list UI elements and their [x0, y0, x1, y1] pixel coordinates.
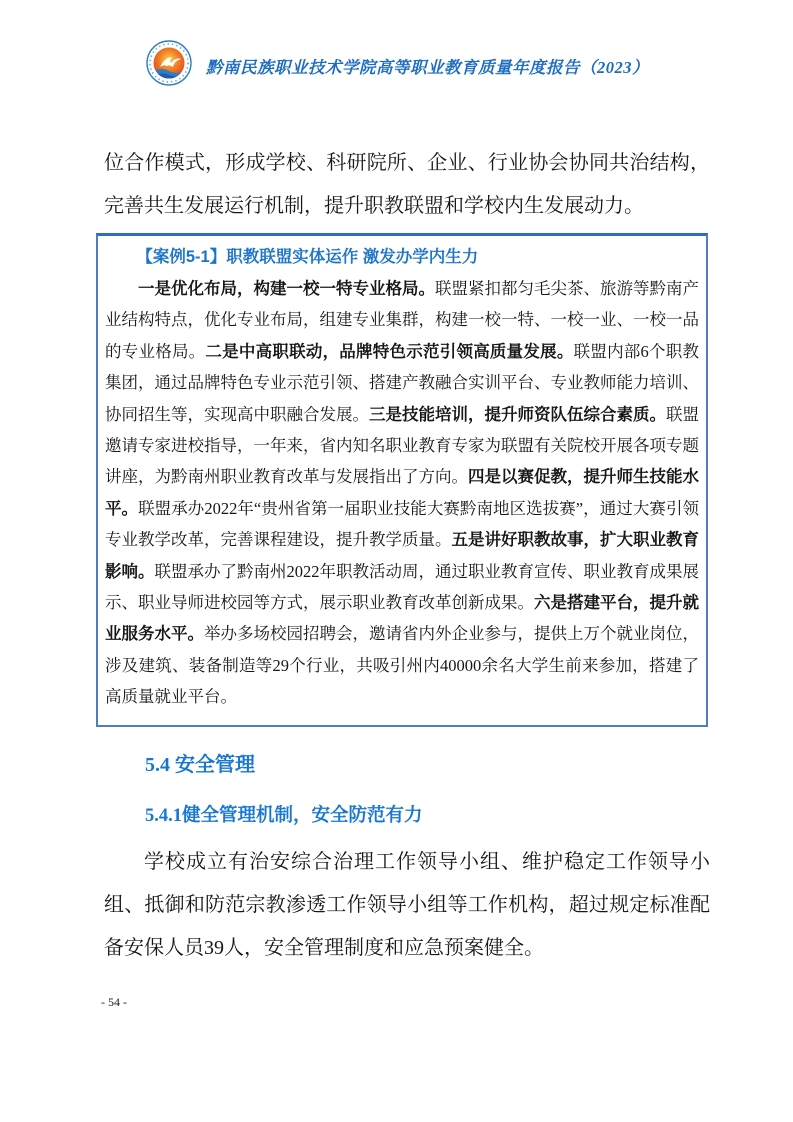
- page-header: 黔南民族职业技术学院高等职业教育质量年度报告（2023）: [146, 40, 733, 91]
- report-page: 黔南民族职业技术学院高等职业教育质量年度报告（2023） 位合作模式，形成学校、…: [0, 0, 793, 1122]
- heading-5-4-1: 5.4.1健全管理机制，安全防范有力: [145, 801, 710, 827]
- report-title: 黔南民族职业技术学院高等职业教育质量年度报告（2023）: [206, 54, 649, 78]
- heading-5-4: 5.4 安全管理: [145, 748, 710, 777]
- page-body: 位合作模式，形成学校、科研院所、企业、行业协会协同共治结构，完善共生发展运行机制…: [104, 142, 710, 970]
- closing-paragraph: 学校成立有治安综合治理工作领导小组、维护稳定工作领导小组、抵御和防范宗教渗透工作…: [104, 841, 710, 970]
- text-run: 二是中高职联动，品牌特色示范引领高质量发展。: [205, 342, 573, 361]
- school-logo-icon: [146, 40, 192, 91]
- text-run: 三是技能培训，提升师资队伍综合素质。: [369, 405, 666, 424]
- text-run: 一是优化布局，构建一校一特专业格局。: [138, 279, 435, 298]
- case-box-text: 一是优化布局，构建一校一特专业格局。联盟紧扣都匀毛尖茶、旅游等黔南产业结构特点，…: [105, 273, 699, 713]
- page-number: - 54 -: [101, 995, 127, 1010]
- case-box-title: 【案例5-1】职教联盟实体运作 激发办学内生力: [105, 243, 699, 267]
- case-box: 【案例5-1】职教联盟实体运作 激发办学内生力 一是优化布局，构建一校一特专业格…: [96, 233, 708, 727]
- intro-paragraph: 位合作模式，形成学校、科研院所、企业、行业协会协同共治结构，完善共生发展运行机制…: [104, 142, 710, 228]
